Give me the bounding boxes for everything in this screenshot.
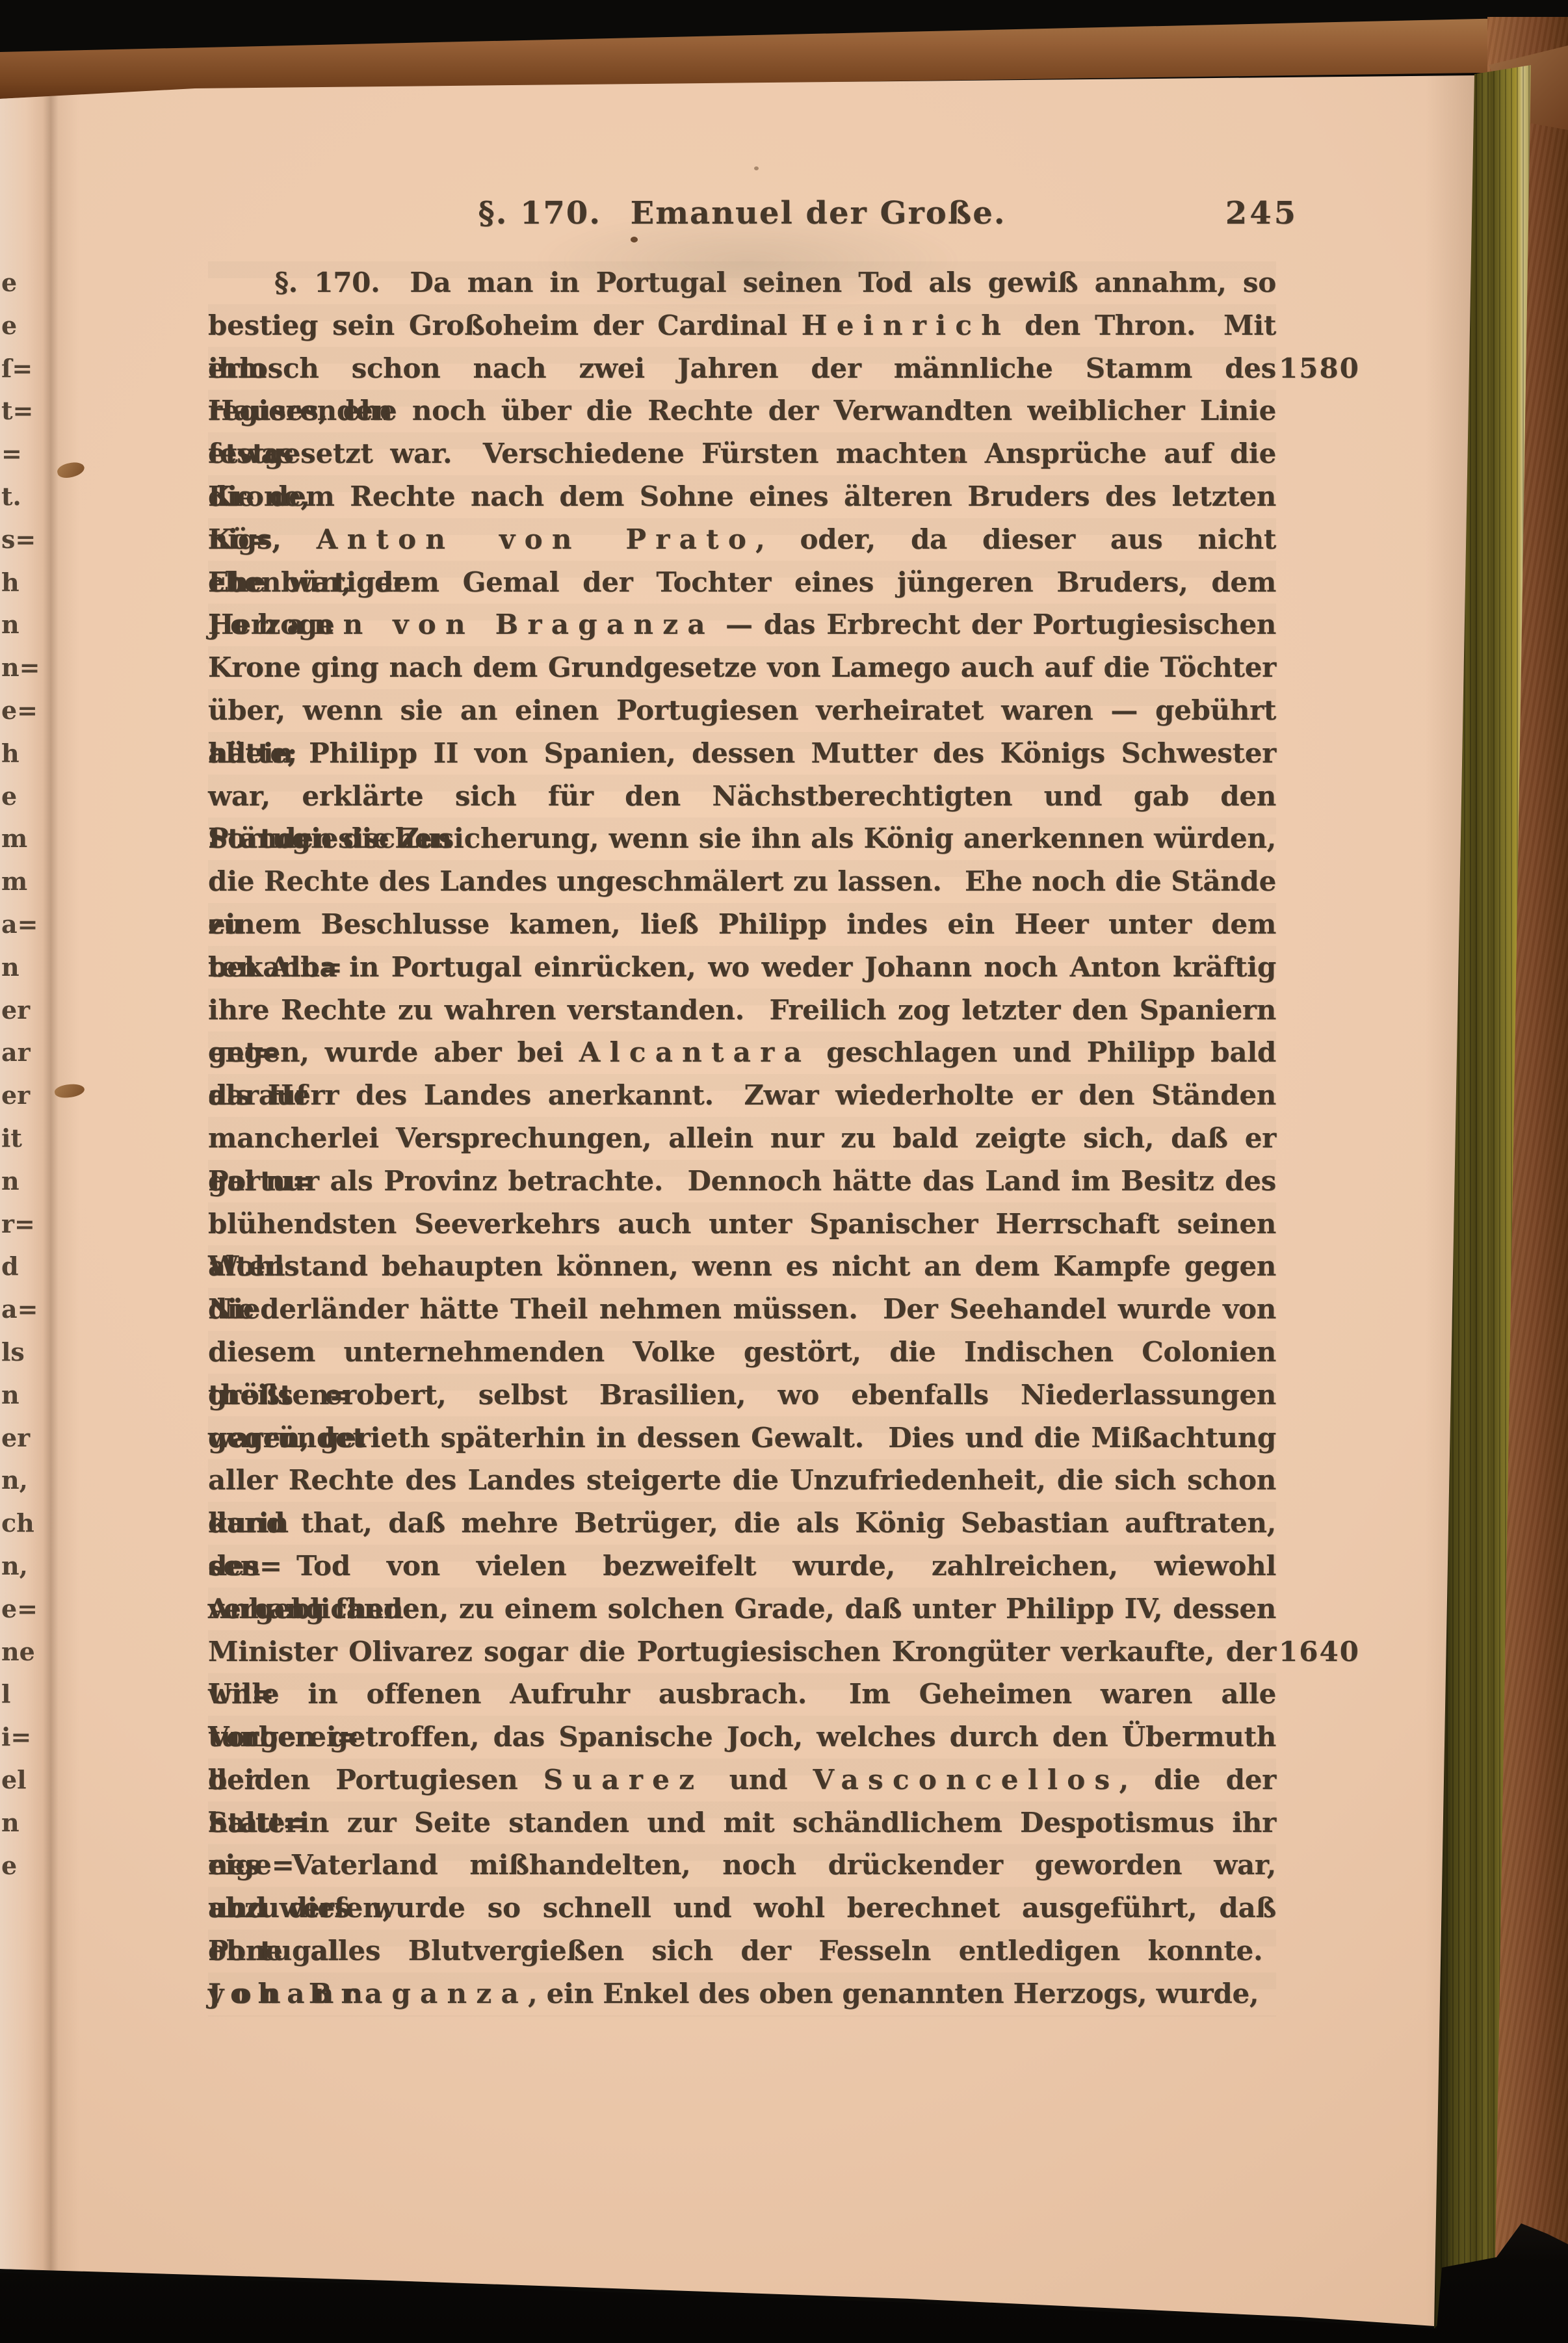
- body-line: aller Rechte des Landes steigerte die Un…: [208, 1459, 1276, 1502]
- body-line: blühendsten Seeverkehrs auch unter Spani…: [208, 1203, 1276, 1246]
- body-line: Minister Olivarez sogar die Portugiesisc…: [208, 1630, 1276, 1673]
- ink-speck: [954, 456, 960, 462]
- facing-page-text-fragment: s=: [1, 518, 36, 561]
- body-line: mancherlei Versprechungen, allein nur zu…: [208, 1117, 1276, 1160]
- letterspaced-name: Anton von Prato: [317, 523, 755, 555]
- body-line: und dies wurde so schnell und wohl berec…: [208, 1887, 1276, 1930]
- facing-page-fragments: eeſ=t==t.s=hnn=e=hemma=nerareritnr=da=ls…: [0, 261, 26, 2056]
- facing-page-text-fragment: n: [1, 1374, 20, 1417]
- facing-page-text-fragment: =: [1, 432, 22, 475]
- body-line: ohne alles Blutvergießen sich der Fessel…: [208, 1930, 1276, 1972]
- body-line: als Herr des Landes anerkannt. Zwar wied…: [208, 1074, 1276, 1117]
- facing-page-text-fragment: e: [1, 1844, 17, 1887]
- running-header-title: §. 170. Emanuel der Große.: [208, 190, 1276, 237]
- facing-page-text-fragment: er: [1, 1074, 30, 1117]
- facing-page-text-fragment: er: [1, 989, 30, 1032]
- letterspaced-name: Vasconcellos: [813, 1764, 1119, 1796]
- body-line: bestieg sein Großoheim der Cardinal Hein…: [208, 304, 1276, 347]
- facing-page-text-fragment: n,: [1, 1459, 28, 1502]
- facing-page-text-fragment: t=: [1, 389, 33, 432]
- facing-page-text-fragment: e=: [1, 1588, 38, 1630]
- facing-page-text-fragment: d: [1, 1245, 19, 1288]
- body-line: erlosch schon nach zwei Jahren der männl…: [208, 347, 1276, 390]
- body-line: die dem Rechte nach dem Sohne eines älte…: [208, 475, 1276, 518]
- body-line: beiden Portugiesen Suarez und Vasconcell…: [208, 1759, 1276, 1801]
- facing-page-text-fragment: e: [1, 304, 17, 347]
- body-line: Wohlstand behaupten können, wenn es nich…: [208, 1245, 1276, 1288]
- body-line: §. 170. Da man in Portugal seinen Tod al…: [208, 261, 1276, 304]
- body-line: nigs, Anton von Prato, oder, da dieser a…: [208, 518, 1276, 561]
- facing-page-text-fragment: m: [1, 860, 27, 903]
- body-line: einem Beschlusse kamen, ließ Philipp ind…: [208, 903, 1276, 946]
- margin-year: 1580: [1279, 347, 1360, 390]
- facing-page-text-fragment: r=: [1, 1203, 35, 1246]
- body-text: §. 170. Da man in Portugal seinen Tod al…: [208, 261, 1276, 2015]
- body-line: von Braganza, ein Enkel des oben genannt…: [208, 1972, 1276, 2015]
- facing-page-text-fragment: el: [1, 1759, 27, 1801]
- body-line: war, erklärte sich für den Nächstberecht…: [208, 775, 1276, 818]
- letterspaced-name: Alcantara: [579, 1036, 811, 1068]
- ink-speck: [631, 237, 638, 242]
- body-line: festgesetzt war. Verschiedene Fürsten ma…: [208, 432, 1276, 475]
- body-line: gal nur als Provinz betrachte. Dennoch h…: [208, 1160, 1276, 1203]
- running-header: §. 170. Emanuel der Große. 245: [208, 190, 1276, 237]
- body-line: nes Vaterland mißhandelten, noch drücken…: [208, 1844, 1276, 1887]
- facing-page-text-fragment: ar: [1, 1031, 31, 1074]
- body-line: über, wenn sie an einen Portugiesen verh…: [208, 689, 1276, 732]
- body-line: ihre Rechte zu wahren verstanden. Freili…: [208, 989, 1276, 1032]
- book-page: §. 170. Emanuel der Große. 245 §. 170. D…: [0, 62, 1477, 2338]
- ink-speck: [754, 166, 759, 170]
- body-line: Krone ging nach dem Grundgesetze von Lam…: [208, 646, 1276, 689]
- facing-page-text-fragment: ne: [1, 1630, 35, 1673]
- facing-page-text-fragment: n: [1, 946, 20, 989]
- letterspaced-name: Suarez: [543, 1764, 703, 1796]
- facing-page-text-fragment: n,: [1, 1545, 28, 1588]
- book-photo: §. 170. Emanuel der Große. 245 §. 170. D…: [0, 0, 1568, 2343]
- body-line: theils erobert, selbst Brasilien, wo ebe…: [208, 1374, 1276, 1417]
- facing-page-text-fragment: e=: [1, 689, 38, 732]
- margin-year: 1640: [1279, 1630, 1360, 1673]
- body-line: gegen, wurde aber bei Alcantara geschlag…: [208, 1031, 1276, 1074]
- page-number: 245: [1225, 190, 1298, 237]
- body-line: ten Alba in Portugal einrücken, wo weder…: [208, 946, 1276, 989]
- facing-page-text-fragment: e: [1, 261, 17, 304]
- facing-page-text-fragment: e: [1, 775, 17, 818]
- facing-page-text-fragment: l: [1, 1673, 10, 1716]
- facing-page-text-fragment: h: [1, 561, 20, 604]
- facing-page-text-fragment: n=: [1, 646, 40, 689]
- letterspaced-name: Heinrich: [802, 309, 1010, 341]
- facing-page-text-fragment: n: [1, 1160, 20, 1203]
- body-line: Anhang fanden, zu einem solchen Grade, d…: [208, 1588, 1276, 1630]
- body-line: Ständen die Zusicherung, wenn sie ihn al…: [208, 817, 1276, 860]
- facing-page-text-fragment: ch: [1, 1502, 34, 1545]
- body-line: Hauses, ehe noch über die Rechte der Ver…: [208, 389, 1276, 432]
- body-line: halterin zur Seite standen und mit schän…: [208, 1801, 1276, 1844]
- body-line: wille in offenen Aufruhr ausbrach. Im Ge…: [208, 1673, 1276, 1716]
- body-line: Niederländer hätte Theil nehmen müssen. …: [208, 1288, 1276, 1331]
- facing-page-text-fragment: n: [1, 603, 20, 646]
- facing-page-text-fragment: t.: [1, 475, 21, 518]
- body-line: Ehe war, dem Gemal der Tochter eines jün…: [208, 561, 1276, 604]
- facing-page-text-fragment: ls: [1, 1331, 25, 1374]
- body-line: sen Tod von vielen bezweifelt wurde, zah…: [208, 1545, 1276, 1588]
- facing-page-text-fragment: i=: [1, 1716, 31, 1759]
- body-line: diesem unternehmenden Volke gestört, die…: [208, 1331, 1276, 1374]
- facing-page-text-fragment: a=: [1, 903, 38, 946]
- facing-page-text-fragment: a=: [1, 1288, 38, 1331]
- body-line: kund that, daß mehre Betrüger, die als K…: [208, 1502, 1276, 1545]
- facing-page-text-fragment: h: [1, 732, 20, 775]
- body-line: allein Philipp II von Spanien, dessen Mu…: [208, 732, 1276, 775]
- facing-page-text-fragment: er: [1, 1417, 30, 1459]
- facing-page-text-fragment: it: [1, 1117, 22, 1160]
- facing-page-text-fragment: n: [1, 1801, 20, 1844]
- body-line: waren, gerieth späterhin in dessen Gewal…: [208, 1417, 1276, 1459]
- letterspaced-name: Johann von Braganza: [208, 609, 714, 640]
- facing-page-text-fragment: m: [1, 817, 27, 860]
- body-line: Johann von Braganza — das Erbrecht der P…: [208, 603, 1276, 646]
- body-line: die Rechte des Landes ungeschmälert zu l…: [208, 860, 1276, 903]
- letterspaced-name: von Braganza: [208, 1978, 528, 2009]
- facing-page-text-fragment: ſ=: [1, 347, 33, 390]
- body-line: tungen getroffen, das Spanische Joch, we…: [208, 1716, 1276, 1759]
